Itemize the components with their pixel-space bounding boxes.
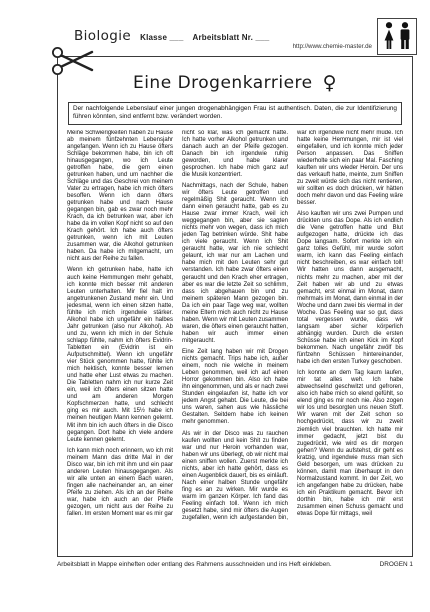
worksheet-frame: Eine Drogenkarriere♀ Der nachfolgende Le… xyxy=(57,56,413,557)
female-symbol-icon: ♀ xyxy=(323,72,337,94)
article-paragraph: Ich konnte an dem Tag kaum laufen, mir t… xyxy=(297,370,403,518)
article-paragraph: Eine Zeit lang haben wir mit Drogen nich… xyxy=(182,349,288,427)
worksheet-footer: Arbeitsblatt in Mappe einheften oder ent… xyxy=(57,561,413,568)
article-paragraph: Nachmittags, nach der Schule, haben wir … xyxy=(182,183,288,345)
article-paragraph: Also kauften wir uns zwei Pumpen und drü… xyxy=(297,211,403,366)
footer-page-label: DROGEN 1 xyxy=(380,561,413,568)
worksheet-page: Biologie Klasse ___ Arbeitsblatt Nr. ___… xyxy=(0,0,430,612)
footer-instruction: Arbeitsblatt in Mappe einheften oder ent… xyxy=(57,561,332,568)
website-url: http://www.chemie-master.de xyxy=(293,43,372,50)
article-paragraph: Meine Schwierigkeiten haben zu Hause ab … xyxy=(67,130,173,264)
article-paragraph: Wenn ich getrunken habe, hatte ich auch … xyxy=(67,267,173,443)
class-blank-label: Klasse ___ xyxy=(140,33,183,42)
worksheet-header: Biologie Klasse ___ Arbeitsblatt Nr. ___ xyxy=(74,28,269,44)
sheet-number-blank-label: Arbeitsblatt Nr. ___ xyxy=(192,33,269,42)
subject-title: Biologie xyxy=(74,28,131,44)
intro-box: Der nachfolgende Lebenslauf einer jungen… xyxy=(68,102,402,125)
page-title: Eine Drogenkarriere♀ xyxy=(58,72,412,94)
article-text: Meine Schwierigkeiten haben zu Hause ab … xyxy=(67,130,403,548)
woman-man-restroom-icon xyxy=(377,18,417,55)
scissors-icon xyxy=(50,45,96,82)
page-title-text: Eine Drogenkarriere xyxy=(133,73,313,93)
